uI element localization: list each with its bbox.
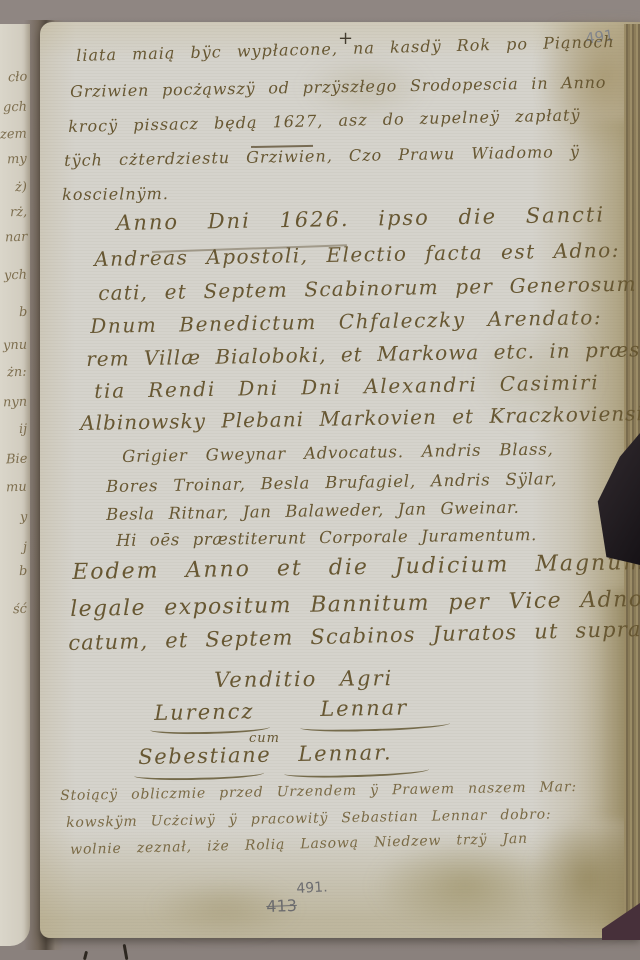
party-buyer-first-name: Sebestiane bbox=[138, 743, 271, 769]
folio-number-crossed-out: 413 bbox=[266, 896, 297, 916]
folio-number-bottom: 491. bbox=[296, 879, 328, 897]
party-seller-first-name: Lurencz bbox=[154, 699, 255, 725]
manuscript-photo: cło gch zem my ż) rż, nar ych b ynu żn: … bbox=[0, 0, 640, 960]
ink-mark bbox=[123, 944, 129, 960]
party-seller-last-name: Lennar bbox=[320, 695, 408, 721]
party-buyer-last-name: Lennar. bbox=[298, 740, 393, 766]
ink-mark bbox=[83, 951, 88, 960]
manuscript-line: koscielnÿm. bbox=[62, 184, 169, 204]
sale-heading: Venditio Agri bbox=[214, 666, 393, 692]
